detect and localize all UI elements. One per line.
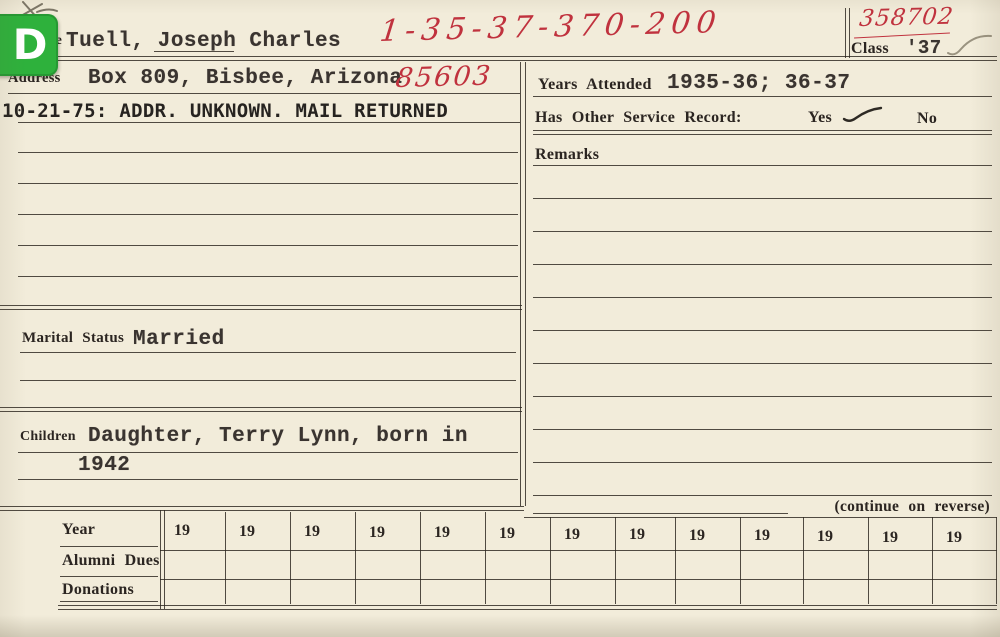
rule-line	[533, 513, 788, 514]
rule-line	[533, 264, 992, 265]
service-record-label: Has Other Service Record:	[535, 109, 742, 127]
year-header-cell: 19	[817, 528, 833, 546]
rule-line	[524, 517, 997, 518]
rule-line	[60, 576, 158, 577]
alumni-record-card: D Name Tuell, Joseph Charles 1-35-37-370…	[0, 0, 1000, 637]
yes-label: Yes	[808, 109, 832, 127]
children-value-line2: 1942	[78, 454, 130, 477]
grid-line	[845, 8, 846, 58]
rule-line	[160, 550, 997, 551]
rule-line	[533, 495, 992, 496]
rule-line	[58, 605, 997, 606]
year-header-cell: 19	[304, 523, 320, 541]
years-attended-label: Years Attended	[538, 76, 652, 94]
rule-line	[0, 309, 522, 310]
rule-line	[0, 56, 997, 57]
rule-line	[533, 198, 992, 199]
rule-line	[533, 231, 992, 232]
class-value: '37	[906, 37, 942, 59]
no-label: No	[917, 110, 937, 128]
rule-line	[58, 609, 997, 610]
children-value-line1: Daughter, Terry Lynn, born in	[88, 425, 468, 448]
rule-line	[18, 183, 518, 184]
rule-line	[0, 510, 524, 511]
mail-returned-note: 10-21-75: ADDR. UNKNOWN. MAIL RETURNED	[2, 100, 448, 122]
dues-row-label-alumni-dues: Alumni Dues	[62, 552, 160, 570]
marital-status-label: Marital Status	[22, 330, 124, 347]
grid-line	[675, 517, 676, 604]
grid-line	[868, 517, 869, 604]
remarks-label: Remarks	[535, 146, 599, 164]
zip-handwritten: 85603	[394, 61, 494, 94]
rule-line	[533, 165, 992, 166]
rule-line	[0, 60, 997, 61]
membership-code-handwritten: 1-35-37-370-200	[378, 5, 724, 49]
dues-row-label-year: Year	[62, 521, 95, 539]
rule-line	[60, 546, 158, 547]
children-label: Children	[20, 429, 76, 445]
approval-pencil-checkmark-icon	[946, 33, 994, 59]
letter-tab-sticker: D	[0, 14, 58, 76]
year-header-cell: 19	[239, 523, 255, 541]
letter-tab-label: D	[13, 24, 48, 66]
rule-line	[533, 429, 992, 430]
year-header-cell: 19	[946, 529, 962, 547]
rule-line	[18, 152, 518, 153]
rule-line	[20, 380, 516, 381]
grid-line	[550, 517, 551, 604]
name-value: Tuell, Joseph Charles	[66, 30, 341, 53]
year-header-cell: 19	[754, 527, 770, 545]
grid-line	[615, 517, 616, 604]
rule-line	[533, 396, 992, 397]
rule-line	[8, 93, 520, 94]
year-header-cell: 19	[369, 524, 385, 542]
year-header-cell: 19	[629, 526, 645, 544]
grid-line	[740, 517, 741, 604]
grid-line	[485, 512, 486, 604]
years-attended-value: 1935-36; 36-37	[667, 72, 850, 95]
address-value: Box 809, Bisbee, Arizona	[88, 67, 402, 90]
grid-line	[225, 512, 226, 604]
year-header-cell: 19	[689, 527, 705, 545]
rule-line	[20, 352, 516, 353]
rule-line	[533, 462, 992, 463]
grid-line	[996, 517, 997, 604]
year-header-cell: 19	[499, 525, 515, 543]
year-header-cell: 19	[882, 529, 898, 547]
rule-line	[60, 601, 158, 602]
rule-line	[533, 130, 992, 131]
rule-line	[533, 297, 992, 298]
grid-line	[164, 510, 165, 609]
grid-line	[420, 512, 421, 604]
rule-line	[18, 122, 520, 123]
grid-line	[932, 517, 933, 604]
yes-checkmark-icon	[843, 107, 883, 123]
file-number-handwritten: 358702	[858, 4, 955, 32]
rule-line	[160, 579, 997, 580]
rule-line	[18, 214, 518, 215]
rule-line	[18, 276, 518, 277]
rule-line	[18, 245, 518, 246]
class-label: Class	[851, 40, 889, 58]
grid-line	[803, 517, 804, 604]
rule-line	[0, 407, 522, 408]
rule-line	[533, 134, 992, 135]
rule-line	[0, 305, 522, 306]
grid-line	[525, 62, 526, 506]
rule-line	[0, 506, 524, 507]
rule-line	[533, 363, 992, 364]
rule-line	[533, 96, 992, 97]
marital-status-value: Married	[133, 328, 225, 351]
rule-line	[18, 479, 518, 480]
year-header-cell: 19	[174, 522, 190, 540]
continue-on-reverse-note: (continue on reverse)	[760, 498, 990, 516]
year-header-cell: 19	[434, 524, 450, 542]
grid-line	[355, 512, 356, 604]
rule-line	[0, 411, 522, 412]
dues-row-label-donations: Donations	[62, 581, 134, 599]
year-header-cell: 19	[564, 526, 580, 544]
grid-line	[160, 510, 161, 609]
rule-line	[533, 330, 992, 331]
grid-line	[290, 512, 291, 604]
grid-line	[520, 62, 521, 506]
